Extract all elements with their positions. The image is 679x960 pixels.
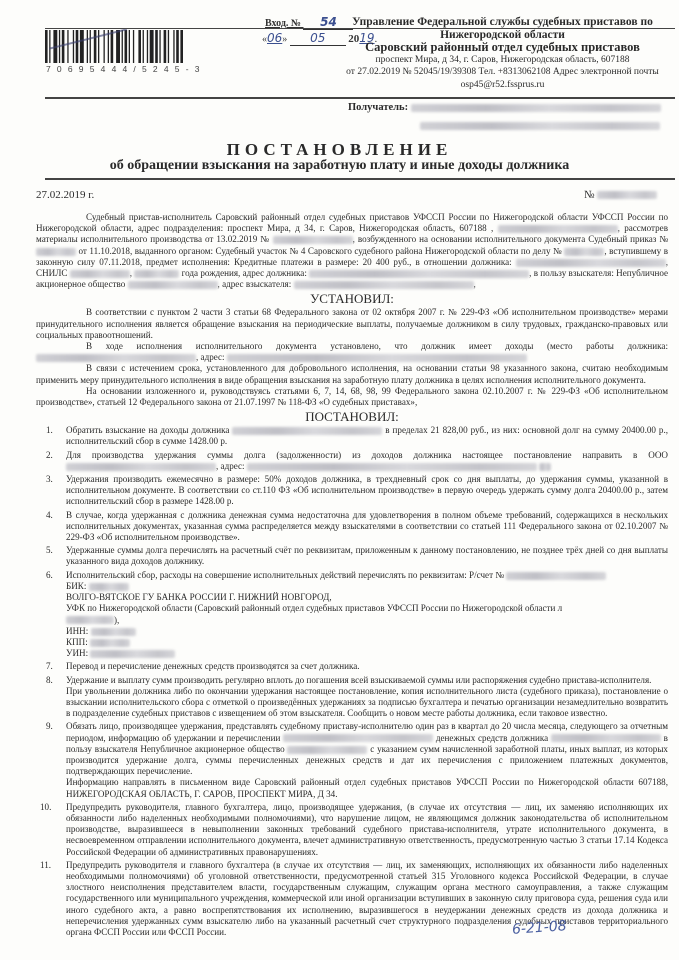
redacted-block — [294, 281, 474, 289]
item-text: , адрес: — [216, 461, 245, 471]
redacted-block — [36, 248, 76, 256]
redacted-block — [232, 427, 382, 435]
resolved-items: 1. Обратить взыскание на доходы должника… — [36, 425, 668, 938]
item-text: Удержанные суммы долга перечислять на ра… — [66, 545, 668, 566]
document-body: Судебный пристав-исполнитель Саровский р… — [36, 212, 668, 940]
established-p1: В соответствии с пунктом 2 части 3 стать… — [36, 307, 668, 341]
org-address: проспект Мира, д 34, г. Саров, Нижегород… — [330, 54, 675, 67]
redacted-block — [36, 354, 196, 362]
intro-paragraph: Судебный пристав-исполнитель Саровский р… — [36, 212, 668, 290]
redacted-block — [66, 616, 114, 624]
redacted-kpp — [90, 639, 130, 647]
redacted-block — [539, 463, 551, 471]
document-title: ПОСТАНОВЛЕНИЕ — [0, 140, 679, 160]
item-text: Исполнительский сбор, расходы на соверше… — [66, 570, 504, 580]
established-p2: В ходе исполнения исполнительного докуме… — [36, 341, 668, 363]
item-number: 7. — [46, 661, 53, 672]
bank-name: ВОЛГО-ВЯТСКОЕ ГУ БАНКА РОССИИ Г. НИЖНИЙ … — [66, 592, 332, 602]
redacted-block — [551, 734, 661, 742]
resolved-item-9: 9. Обязать лицо, производящее удержания,… — [36, 721, 668, 799]
redacted-block — [128, 281, 218, 289]
item-text: В случае, когда удержанная с должника де… — [66, 510, 668, 542]
resolved-item-1: 1. Обратить взыскание на доходы должника… — [36, 425, 668, 447]
resolved-item-10: 10. Предупредить руководителя, главного … — [36, 802, 668, 858]
stamp-day: 06 — [267, 31, 282, 45]
inn-label: ИНН: — [66, 626, 88, 636]
redacted-block — [498, 225, 618, 233]
document-subtitle: об обращении взыскания на заработную пла… — [0, 158, 679, 174]
redacted-block — [227, 354, 527, 362]
item-text: Перевод и перечисление денежных средств … — [66, 661, 360, 671]
item-text: Удержания производить ежемесячно в разме… — [66, 474, 668, 506]
org-line-1: Управление Федеральной службы судебных п… — [330, 16, 675, 29]
redacted-block — [516, 259, 666, 267]
established-heading: УСТАНОВИЛ: — [36, 292, 668, 306]
org-line-3: Саровский районный отдел судебных приста… — [330, 41, 675, 54]
redacted-doc-number — [597, 191, 657, 199]
barcode-number: 70695444/5245-3 — [46, 64, 206, 74]
item-number: 8. — [46, 675, 53, 686]
redacted-block — [564, 248, 604, 256]
redacted-inn — [91, 628, 136, 636]
document-page: 70695444/5245-3 Вход. № 54 «06» 05 2019.… — [0, 0, 679, 960]
resolved-item-2: 2. Для производства удержания суммы долг… — [36, 450, 668, 472]
resolved-item-3: 3. Удержания производить ежемесячно в ра… — [36, 474, 668, 508]
redacted-uin — [90, 650, 175, 658]
item-number: 1. — [46, 425, 53, 436]
item-text: Предупредить руководителя и главного бух… — [66, 860, 668, 937]
established-p4: На основании изложенного и, руководствуя… — [36, 386, 668, 408]
document-number: № — [584, 189, 657, 201]
recipient-label: Получатель: — [348, 102, 408, 113]
redacted-block — [247, 463, 537, 471]
title-rule — [45, 178, 675, 180]
redacted-bik — [89, 583, 129, 591]
org-email: osp45@r52.fssprus.ru — [330, 79, 675, 92]
redacted-block — [134, 270, 179, 278]
uin-label: УИН: — [66, 648, 88, 658]
redacted-recipient-line-2 — [420, 117, 660, 135]
redacted-block — [273, 236, 353, 244]
resolved-item-4: 4. В случае, когда удержанная с должника… — [36, 510, 668, 544]
resolved-item-7: 7. Перевод и перечисление денежных средс… — [36, 661, 668, 672]
redacted-block — [287, 746, 367, 754]
item-text: Информацию направлять в письменном виде … — [66, 777, 668, 799]
item-number: 9. — [46, 721, 53, 732]
org-ref-line: от 27.02.2019 № 52045/19/39308 Тел. +831… — [330, 66, 675, 79]
intro-text-i: , адрес взыскателя: — [218, 279, 292, 289]
item-text: Удержание и выплату сумм производить рег… — [66, 675, 651, 685]
recipient-line: Получатель: — [348, 102, 661, 113]
redacted-block — [420, 122, 660, 130]
ufk-end: ), — [114, 615, 119, 625]
item-number: 6. — [46, 570, 53, 581]
resolved-item-5: 5. Удержанные суммы долга перечислять на… — [36, 545, 668, 567]
item-number: 4. — [46, 510, 53, 521]
bik-label: БИК: — [66, 581, 86, 591]
redacted-recipient — [411, 104, 661, 112]
redacted-block — [309, 270, 529, 278]
intro-text-c: , возбужденного на основании исполнитель… — [353, 234, 668, 244]
item-number: 11. — [40, 860, 51, 871]
redacted-block — [70, 270, 130, 278]
intro-text-g: года рождения, адрес должника: — [182, 268, 307, 278]
established-p2-text-b: , адрес: — [196, 352, 225, 362]
item-text: Обратить взыскание на доходы должника — [66, 425, 229, 435]
item-number: 5. — [46, 545, 53, 556]
redacted-block — [66, 463, 216, 471]
barcode-icon — [45, 30, 263, 63]
item-text: Предупредить руководителя, главного бухг… — [66, 802, 668, 857]
redacted-block — [283, 734, 433, 742]
item-text: Для производства удержания суммы долга (… — [66, 450, 668, 460]
item-text: При увольнении должника либо по окончани… — [66, 686, 668, 720]
intro-text-d: от 11.10.2018, выданного органом: Судебн… — [79, 246, 562, 256]
item-number: 2. — [46, 450, 53, 461]
number-label: № — [584, 189, 595, 201]
organization-block: Управление Федеральной службы судебных п… — [330, 16, 675, 91]
item-text: денежных средств должника — [436, 733, 548, 743]
redacted-account — [506, 572, 606, 580]
item-number: 3. — [46, 474, 53, 485]
resolved-heading: ПОСТАНОВИЛ: — [36, 410, 668, 424]
resolved-item-6: 6. Исполнительский сбор, расходы на сове… — [36, 570, 668, 660]
established-p3: В связи с истечением срока, установленно… — [36, 363, 668, 385]
resolved-item-11: 11. Предупредить руководителя и главного… — [36, 860, 668, 938]
document-date: 27.02.2019 г. — [36, 189, 94, 201]
resolved-item-8: 8. Удержание и выплату сумм производить … — [36, 675, 668, 720]
item-number: 10. — [40, 802, 51, 813]
kpp-label: КПП: — [66, 637, 88, 647]
header-bottom-rule — [45, 97, 675, 99]
ufk-text: УФК по Нижегородской области (Саровский … — [66, 603, 668, 614]
established-p2-text-a: В ходе исполнения исполнительного докуме… — [86, 341, 668, 351]
